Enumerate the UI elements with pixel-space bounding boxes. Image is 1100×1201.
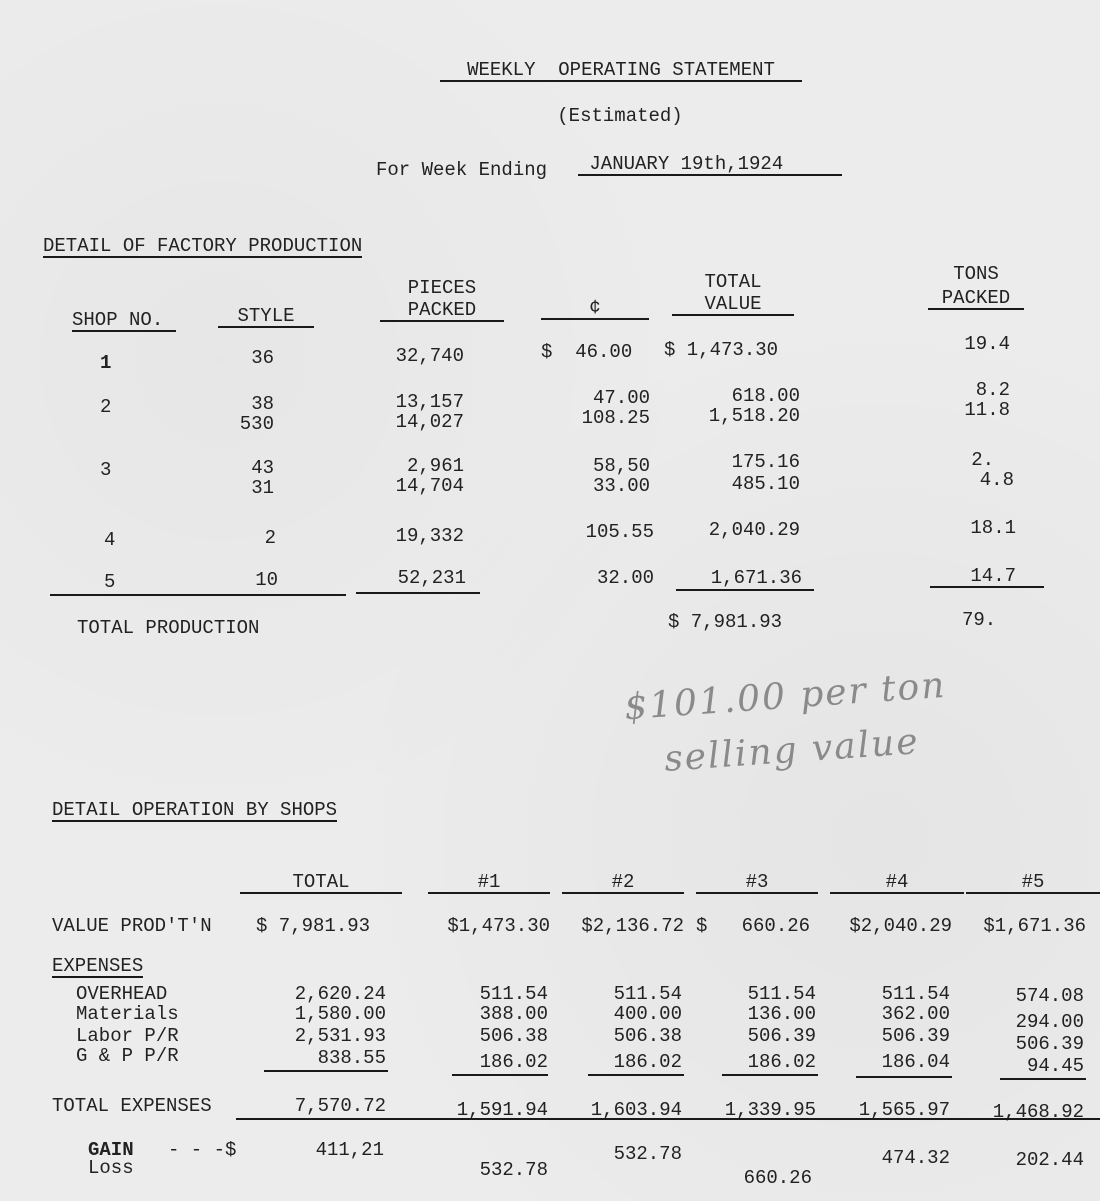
expense-shop5: 294.00	[956, 1012, 1084, 1032]
expense-shop3: 506.39	[688, 1026, 816, 1046]
loss-shop3: 660.26	[680, 1168, 812, 1188]
total-expenses-shop3: 1,339.95	[688, 1100, 816, 1120]
handwritten-note-line1: $101.00 per ton	[623, 665, 948, 728]
style: 10	[210, 570, 278, 590]
ops-col-shop1: #1	[428, 872, 550, 894]
value-shop3: $ 660.26	[696, 916, 810, 936]
operations-section-title: DETAIL OPERATION BY SHOPS	[52, 800, 337, 822]
total-value: 485.10	[680, 474, 800, 494]
total-expenses-shop2: 1,603.94	[554, 1100, 682, 1120]
expense-shop5: 94.45	[956, 1056, 1084, 1076]
gain-shop5: 202.44	[956, 1150, 1084, 1170]
tons-packed: 4.8	[930, 470, 1014, 490]
rule-line	[264, 1070, 388, 1072]
expense-shop2: 400.00	[554, 1004, 682, 1024]
gain-dashes: - - -$	[168, 1140, 236, 1160]
document-title: WEEKLY OPERATING STATEMENT	[440, 60, 802, 82]
shop-number: 3	[100, 460, 111, 480]
col-value-2: VALUE	[672, 294, 794, 316]
style: 31	[210, 478, 274, 498]
total-tons: 79.	[962, 610, 996, 630]
expense-shop4: 186.04	[822, 1052, 950, 1072]
total-production-label: TOTAL PRODUCTION	[77, 618, 259, 638]
pieces-packed: 52,231	[360, 568, 466, 588]
expense-shop5: 574.08	[956, 986, 1084, 1006]
tons-packed: 14.7	[930, 566, 1016, 586]
col-shop-no: SHOP NO.	[72, 310, 176, 332]
col-value-1: TOTAL	[672, 272, 794, 292]
shop-number: 2	[100, 397, 111, 417]
rule-line	[676, 589, 814, 591]
gain-total: 411,21	[240, 1140, 384, 1160]
expense-shop3: 511.54	[688, 984, 816, 1004]
unit-price: 32.00	[560, 568, 654, 588]
total-value: $ 1,473.30	[664, 340, 778, 360]
expense-shop3: 136.00	[688, 1004, 816, 1024]
handwritten-note-line2: selling value	[663, 721, 921, 780]
expense-shop1: 186.02	[420, 1052, 548, 1072]
tons-packed: 8.2	[930, 380, 1010, 400]
total-expenses-shop1: 1,591.94	[420, 1100, 548, 1120]
rule-line	[856, 1076, 952, 1078]
shop-number: 4	[104, 530, 115, 550]
expense-label: G & P P/R	[76, 1046, 179, 1066]
row-label: TOTAL EXPENSES	[52, 1096, 212, 1116]
rule-line	[722, 1074, 818, 1076]
expense-shop4: 511.54	[822, 984, 950, 1004]
col-tons-2: PACKED	[928, 288, 1024, 310]
expense-shop2: 506.38	[554, 1026, 682, 1046]
row-label: VALUE PROD'T'N	[52, 916, 212, 936]
total-value: 618.00	[680, 386, 800, 406]
unit-price: 58,50	[560, 456, 650, 476]
value-shop1: $1,473.30	[420, 916, 550, 936]
pieces-packed: 13,157	[360, 392, 464, 412]
ops-col-shop3: #3	[696, 872, 818, 894]
total-production-value: $ 7,981.93	[668, 612, 782, 632]
unit-price: 105.55	[560, 522, 654, 542]
expense-shop4: 362.00	[822, 1004, 950, 1024]
col-tons-1: TONS	[928, 264, 1024, 284]
week-ending-label: For Week Ending	[376, 160, 547, 180]
expense-shop2: 186.02	[554, 1052, 682, 1072]
total-expenses-shop4: 1,565.97	[822, 1100, 950, 1120]
col-price: ¢	[541, 298, 649, 320]
total-value: 1,518.20	[680, 406, 800, 426]
expense-shop2: 511.54	[554, 984, 682, 1004]
unit-price: 108.25	[560, 408, 650, 428]
total-value: 2,040.29	[680, 520, 800, 540]
pieces-packed: 19,332	[360, 526, 464, 546]
style: 38	[210, 394, 274, 414]
pieces-packed: 14,027	[360, 412, 464, 432]
loss-shop1: 532.78	[420, 1160, 548, 1180]
expense-shop1: 388.00	[420, 1004, 548, 1024]
value-shop2: $2,136.72	[554, 916, 684, 936]
rule-line	[50, 594, 346, 596]
production-section-title: DETAIL OF FACTORY PRODUCTION	[43, 236, 362, 258]
tons-packed: 18.1	[930, 518, 1016, 538]
rule-line	[1000, 1078, 1086, 1080]
expense-shop1: 506.38	[420, 1026, 548, 1046]
rule-line	[452, 1074, 548, 1076]
shop-number: 1	[100, 353, 111, 373]
expenses-heading: EXPENSES	[52, 956, 143, 978]
style: 530	[210, 414, 274, 434]
loss-label: Loss	[88, 1158, 134, 1178]
tons-packed: 11.8	[930, 400, 1010, 420]
ops-col-shop4: #4	[830, 872, 964, 894]
expense-label: Labor P/R	[76, 1026, 179, 1046]
week-ending-date: JANUARY 19th,1924	[578, 154, 842, 176]
expense-total: 838.55	[240, 1048, 386, 1068]
pieces-packed: 2,961	[360, 456, 464, 476]
style: 36	[210, 348, 274, 368]
tons-packed: 2.	[930, 450, 994, 470]
pieces-packed: 32,740	[360, 346, 464, 366]
ops-col-shop2: #2	[562, 872, 684, 894]
total-value: 175.16	[680, 452, 800, 472]
expense-shop5: 506.39	[956, 1034, 1084, 1054]
total-value: 1,671.36	[680, 568, 802, 588]
col-style: STYLE	[218, 306, 314, 328]
expense-shop4: 506.39	[822, 1026, 950, 1046]
expense-shop3: 186.02	[688, 1052, 816, 1072]
expense-label: OVERHEAD	[76, 984, 167, 1004]
value-shop4: $2,040.29	[820, 916, 952, 936]
rule-line	[930, 586, 1044, 588]
shop-number: 5	[104, 572, 115, 592]
value-total: $ 7,981.93	[256, 916, 370, 936]
document-subtitle: (Estimated)	[540, 106, 700, 126]
pieces-packed: 14,704	[360, 476, 464, 496]
expense-total: 2,620.24	[240, 984, 386, 1004]
tons-packed: 19.4	[930, 334, 1010, 354]
gain-shop4: 474.32	[822, 1148, 950, 1168]
expense-shop1: 511.54	[420, 984, 548, 1004]
expense-label: Materials	[76, 1004, 179, 1024]
value-shop5: $1,671.36	[954, 916, 1086, 936]
style: 2	[210, 528, 276, 548]
gain-shop2: 532.78	[554, 1144, 682, 1164]
unit-price: 47.00	[560, 388, 650, 408]
expense-total: 2,531.93	[240, 1026, 386, 1046]
unit-price: $ 46.00	[541, 342, 632, 362]
unit-price: 33.00	[560, 476, 650, 496]
ops-col-total: TOTAL	[240, 872, 402, 894]
col-pieces-1: PIECES	[380, 278, 504, 298]
ops-col-shop5: #5	[966, 872, 1100, 894]
expense-total: 1,580.00	[240, 1004, 386, 1024]
total-expenses-total: 7,570.72	[240, 1096, 386, 1116]
rule-line	[356, 592, 480, 594]
col-pieces-2: PACKED	[380, 300, 504, 322]
rule-line	[588, 1074, 684, 1076]
rule-line	[236, 1118, 1100, 1120]
style: 43	[210, 458, 274, 478]
